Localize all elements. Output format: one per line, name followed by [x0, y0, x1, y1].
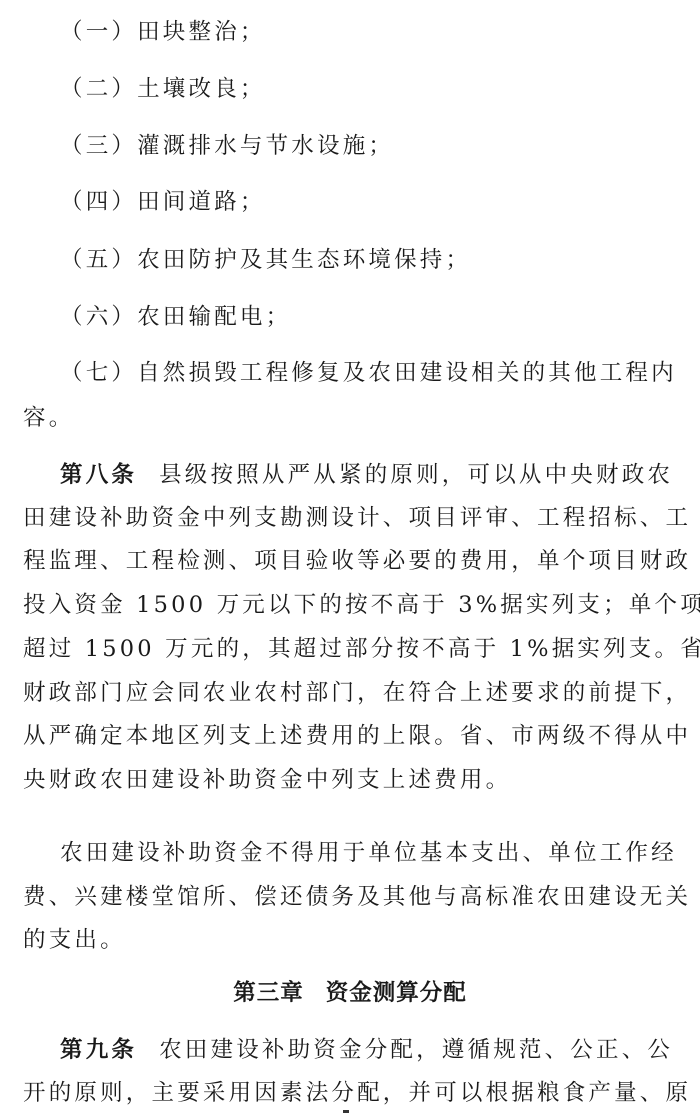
page-number-fragment — [343, 1110, 349, 1113]
article-8-text: 县级按照从严从紧的原则，可以从中央财政农 — [159, 462, 673, 488]
article-8-line: 从严确定本地区列支上述费用的上限。省、市两级不得从中 — [23, 721, 673, 751]
list-item-6: （六）农田输配电； — [60, 302, 700, 332]
article-8-line: 投入资金 1500 万元以下的按不高于 3%据实列支；单个项目 — [23, 590, 673, 620]
article-8-line: 超过 1500 万元的，其超过部分按不高于 1%据实列支。省级 — [23, 634, 673, 664]
article-9-label: 第九条 — [60, 1037, 137, 1063]
article-9-first-line: 第九条农田建设补助资金分配，遵循规范、公正、公 — [60, 1035, 700, 1065]
list-item-3: （三）灌溉排水与节水设施； — [60, 131, 700, 161]
article-9-line: 开的原则，主要采用因素法分配，并可以根据粮食产量、原 — [23, 1078, 673, 1108]
list-item-7-continuation: 容。 — [23, 403, 673, 433]
article-8-line: 央财政农田建设补助资金中列支上述费用。 — [23, 765, 673, 795]
document-page: （一）田块整治； （二）土壤改良； （三）灌溉排水与节水设施； （四）田间道路；… — [0, 0, 700, 1116]
chapter-title: 资金测算分配 — [326, 980, 467, 1006]
paragraph-2-first-line: 农田建设补助资金不得用于单位基本支出、单位工作经 — [60, 838, 700, 868]
paragraph-2-line: 费、兴建楼堂馆所、偿还债务及其他与高标准农田建设无关 — [23, 882, 673, 912]
list-item-2: （二）土壤改良； — [60, 74, 700, 104]
list-item-5: （五）农田防护及其生态环境保持； — [60, 245, 700, 275]
chapter-label: 第三章 — [233, 980, 304, 1006]
article-9-text: 农田建设补助资金分配，遵循规范、公正、公 — [159, 1037, 673, 1063]
list-item-1: （一）田块整治； — [60, 17, 700, 47]
article-8-line: 财政部门应会同农业农村部门，在符合上述要求的前提下， — [23, 678, 673, 708]
article-8-line: 田建设补助资金中列支勘测设计、项目评审、工程招标、工 — [23, 503, 673, 533]
list-item-4: （四）田间道路； — [60, 187, 700, 217]
paragraph-2-line: 的支出。 — [23, 925, 673, 955]
article-8-line: 程监理、工程检测、项目验收等必要的费用，单个项目财政 — [23, 546, 673, 576]
article-8-first-line: 第八条县级按照从严从紧的原则，可以从中央财政农 — [60, 460, 700, 490]
chapter-heading: 第三章资金测算分配 — [0, 978, 700, 1008]
article-8-label: 第八条 — [60, 462, 137, 488]
list-item-7: （七）自然损毁工程修复及农田建设相关的其他工程内 — [60, 358, 700, 388]
